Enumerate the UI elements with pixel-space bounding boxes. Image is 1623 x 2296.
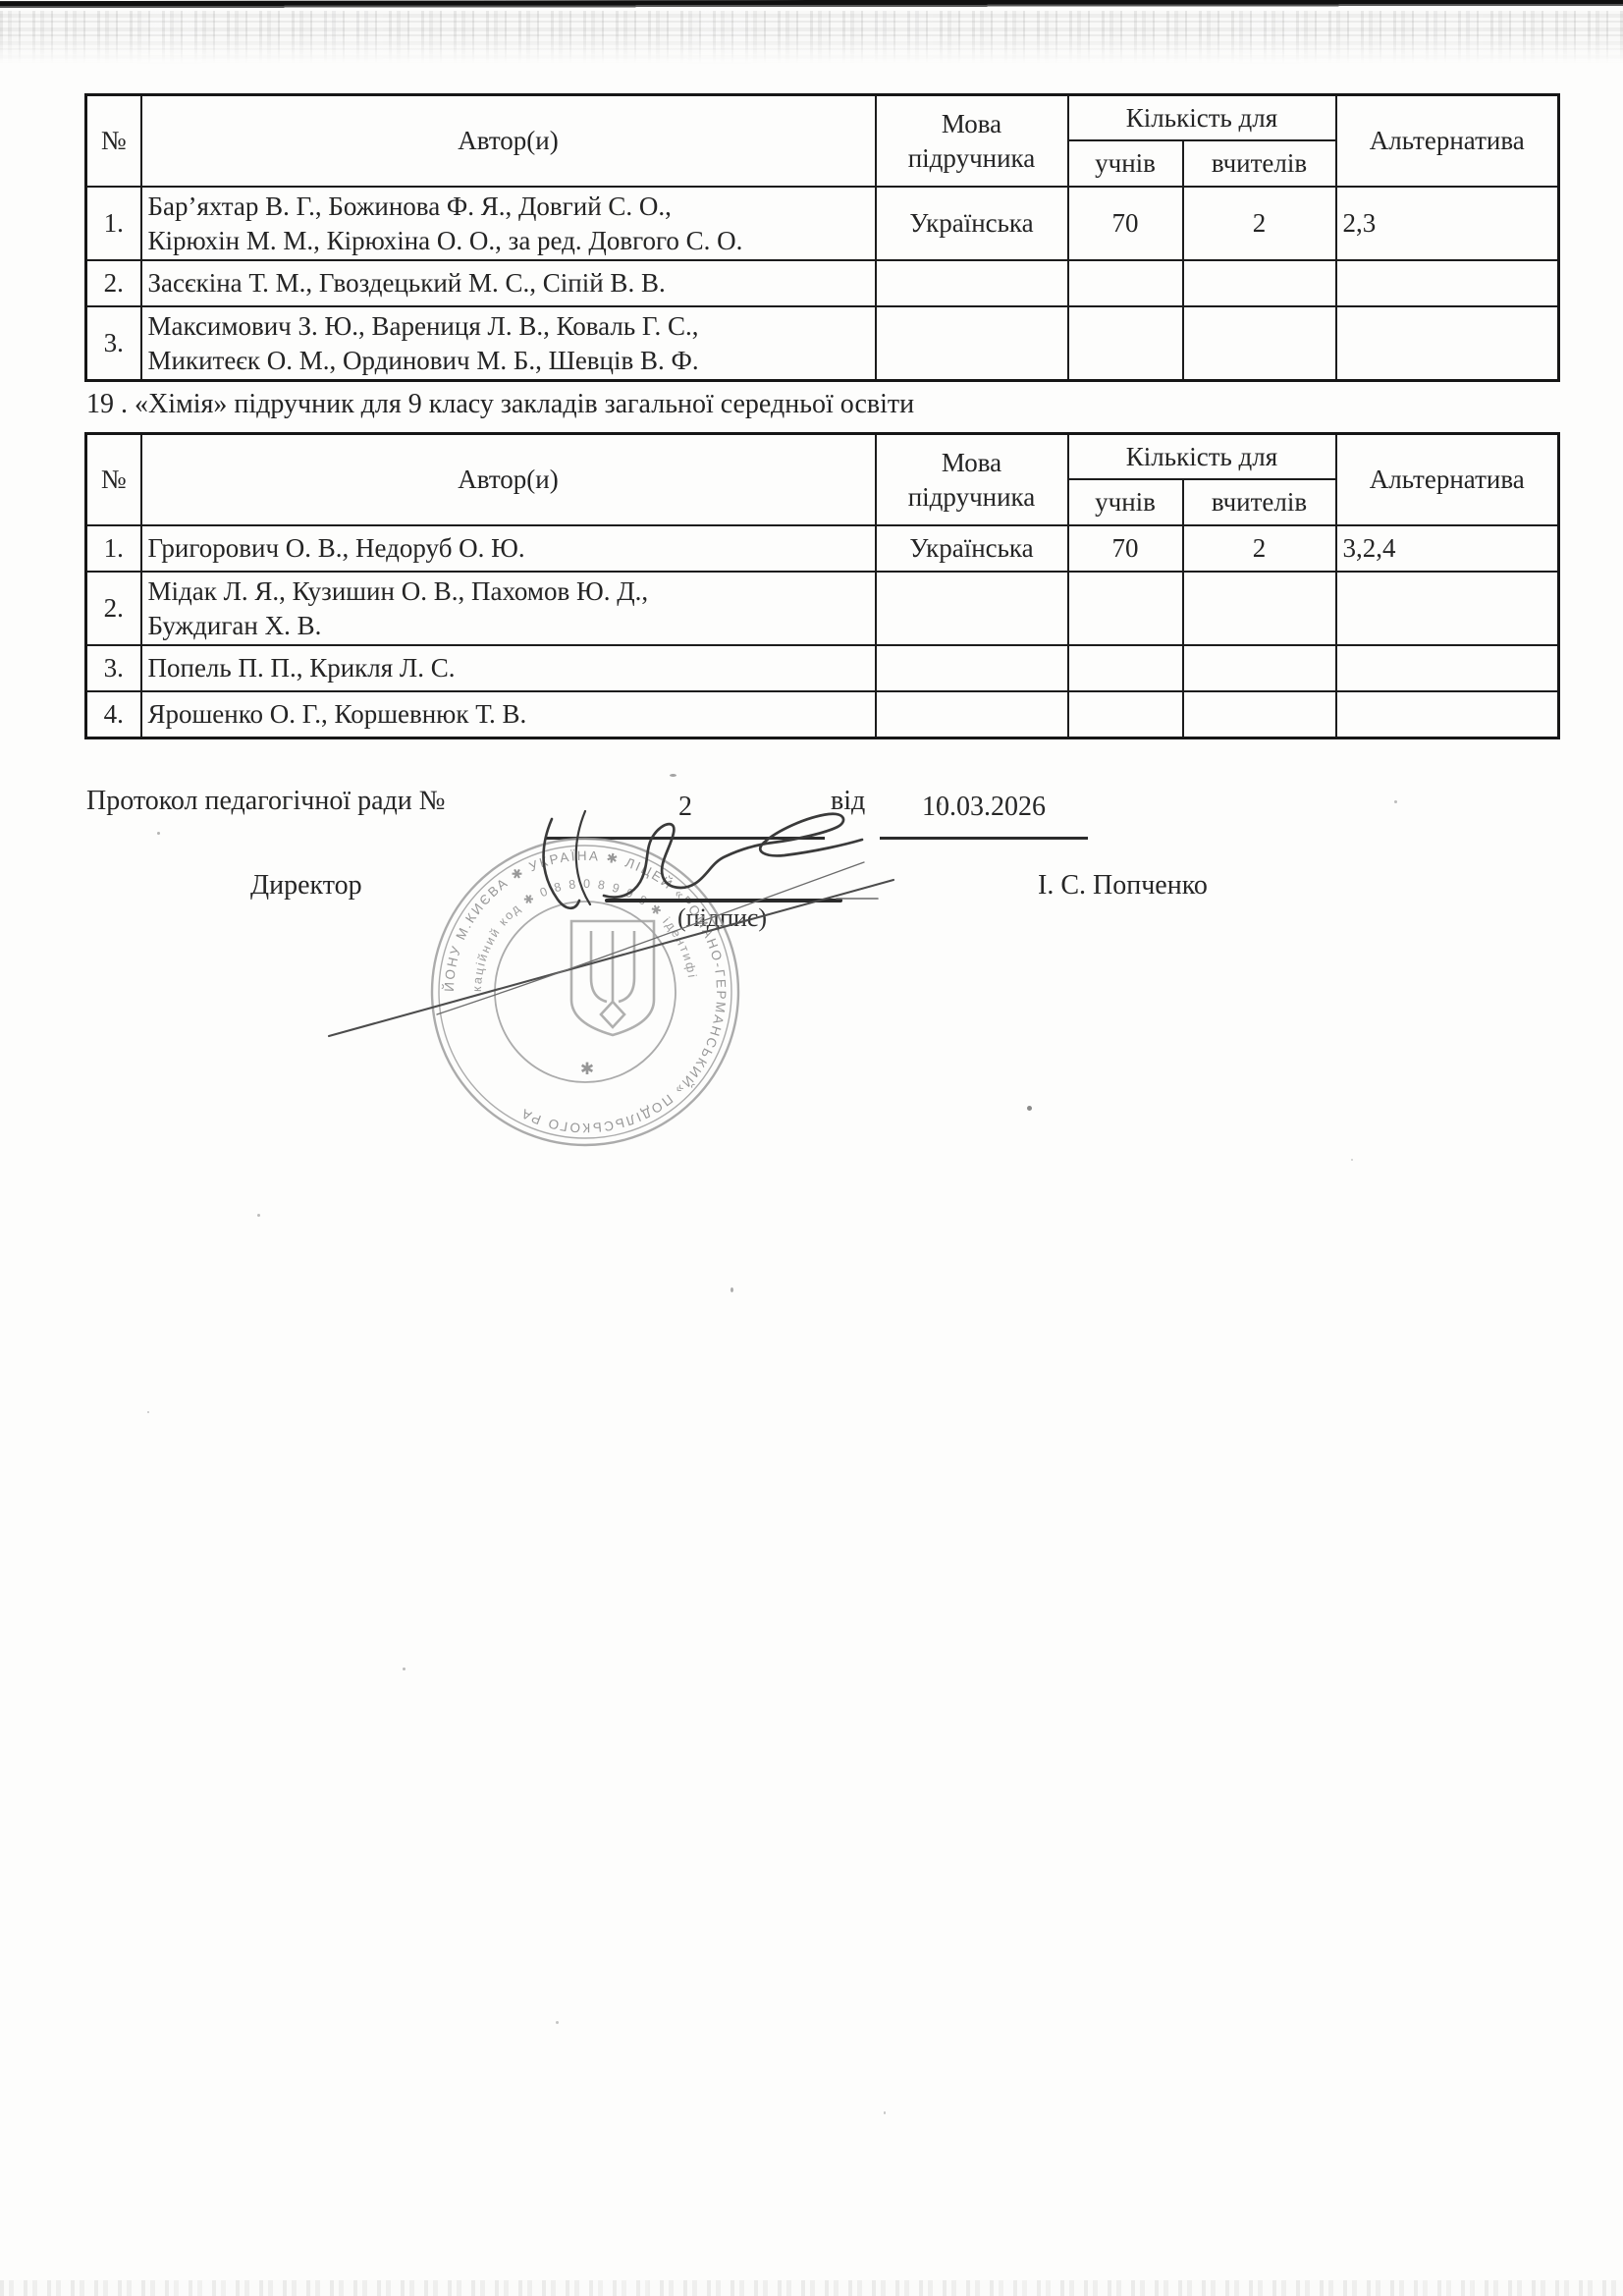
cell-students: 70 — [1068, 187, 1183, 260]
cell-language: Українська — [876, 187, 1068, 260]
table-row: 2.Засєкіна Т. М., Гвоздецький М. С., Сіп… — [86, 260, 1559, 306]
scan-noise-band-top — [0, 11, 1623, 64]
cell-language — [876, 260, 1068, 306]
scan-speck — [157, 832, 160, 835]
col-header-language: Мова підручника — [876, 95, 1068, 188]
col-header-authors: Автор(и) — [141, 434, 876, 526]
scan-speck — [403, 1667, 406, 1670]
table-row: 1.Бар’яхтар В. Г., Божинова Ф. Я., Довги… — [86, 187, 1559, 260]
col-header-alternative: Альтернатива — [1336, 434, 1559, 526]
cell-language — [876, 306, 1068, 381]
cell-authors: Попель П. П., Крикля Л. С. — [141, 645, 876, 691]
cell-teachers — [1183, 691, 1336, 738]
table-row: 3.Максимович З. Ю., Варениця Л. В., Кова… — [86, 306, 1559, 381]
cell-language: Українська — [876, 525, 1068, 572]
row-number: 3. — [86, 306, 141, 381]
textbook-table-1: № Автор(и) Мова підручника Кількість для… — [84, 93, 1560, 382]
col-header-alternative: Альтернатива — [1336, 95, 1559, 188]
cell-authors: Григорович О. В., Недоруб О. Ю. — [141, 525, 876, 572]
col-header-language: Мова підручника — [876, 434, 1068, 526]
cell-alternative — [1336, 306, 1559, 381]
cell-language — [876, 691, 1068, 738]
scan-speck — [556, 2021, 559, 2024]
cell-authors: Максимович З. Ю., Варениця Л. В., Коваль… — [141, 306, 876, 381]
scan-edge-line — [0, 0, 1623, 9]
cell-alternative — [1336, 645, 1559, 691]
cell-teachers — [1183, 645, 1336, 691]
table-row: 4.Ярошенко О. Г., Коршевнюк Т. В. — [86, 691, 1559, 738]
cell-students — [1068, 260, 1183, 306]
cell-students — [1068, 572, 1183, 645]
cell-alternative — [1336, 691, 1559, 738]
cell-authors: Засєкіна Т. М., Гвоздецький М. С., Сіпій… — [141, 260, 876, 306]
cell-authors: Бар’яхтар В. Г., Божинова Ф. Я., Довгий … — [141, 187, 876, 260]
stamp-asterisk: ✱ — [580, 1060, 594, 1078]
cell-students — [1068, 645, 1183, 691]
cell-students — [1068, 691, 1183, 738]
col-header-number: № — [86, 95, 141, 188]
handwritten-signature — [295, 805, 943, 1061]
scan-speck — [147, 1411, 149, 1413]
table-2-header: № Автор(и) Мова підручника Кількість для… — [86, 434, 1559, 526]
col-header-students: учнів — [1068, 479, 1183, 525]
col-header-number: № — [86, 434, 141, 526]
section-heading: 19 . «Хімія» підручник для 9 класу закла… — [86, 389, 1461, 420]
cell-authors: Мідак Л. Я., Кузишин О. В., Пахомов Ю. Д… — [141, 572, 876, 645]
col-header-authors: Автор(и) — [141, 95, 876, 188]
scan-speck — [730, 1287, 733, 1292]
textbook-table-2: № Автор(и) Мова підручника Кількість для… — [84, 432, 1560, 739]
scan-speck — [257, 1214, 260, 1217]
scan-speck — [884, 2111, 886, 2114]
scan-speck — [1394, 800, 1397, 803]
director-name: І. С. Попченко — [1038, 870, 1208, 902]
col-header-quantity: Кількість для — [1068, 434, 1336, 480]
scan-speck — [670, 774, 676, 777]
scan-speck — [1027, 1106, 1032, 1111]
cell-teachers: 2 — [1183, 187, 1336, 260]
scan-speck — [1351, 1159, 1353, 1161]
cell-alternative: 3,2,4 — [1336, 525, 1559, 572]
scan-noise-band-bottom — [0, 2280, 1623, 2296]
cell-authors: Ярошенко О. Г., Коршевнюк Т. В. — [141, 691, 876, 738]
table-row: 1.Григорович О. В., Недоруб О. Ю.Українс… — [86, 525, 1559, 572]
row-number: 4. — [86, 691, 141, 738]
table-row: 3.Попель П. П., Крикля Л. С. — [86, 645, 1559, 691]
row-number: 1. — [86, 187, 141, 260]
col-header-teachers: вчителів — [1183, 140, 1336, 187]
cell-alternative — [1336, 260, 1559, 306]
table-2-body: 1.Григорович О. В., Недоруб О. Ю.Українс… — [86, 525, 1559, 738]
table-row: 2.Мідак Л. Я., Кузишин О. В., Пахомов Ю.… — [86, 572, 1559, 645]
row-number: 2. — [86, 572, 141, 645]
table-1-body: 1.Бар’яхтар В. Г., Божинова Ф. Я., Довги… — [86, 187, 1559, 381]
scanned-document-page: № Автор(и) Мова підручника Кількість для… — [0, 0, 1623, 2296]
cell-teachers — [1183, 306, 1336, 381]
col-header-students: учнів — [1068, 140, 1183, 187]
col-header-teachers: вчителів — [1183, 479, 1336, 525]
cell-language — [876, 572, 1068, 645]
scan-speck — [939, 802, 942, 805]
cell-teachers: 2 — [1183, 525, 1336, 572]
cell-students — [1068, 306, 1183, 381]
col-header-quantity: Кількість для — [1068, 95, 1336, 141]
table-1-header: № Автор(и) Мова підручника Кількість для… — [86, 95, 1559, 188]
cell-teachers — [1183, 572, 1336, 645]
row-number: 1. — [86, 525, 141, 572]
cell-teachers — [1183, 260, 1336, 306]
row-number: 3. — [86, 645, 141, 691]
cell-alternative: 2,3 — [1336, 187, 1559, 260]
cell-alternative — [1336, 572, 1559, 645]
cell-language — [876, 645, 1068, 691]
cell-students: 70 — [1068, 525, 1183, 572]
row-number: 2. — [86, 260, 141, 306]
